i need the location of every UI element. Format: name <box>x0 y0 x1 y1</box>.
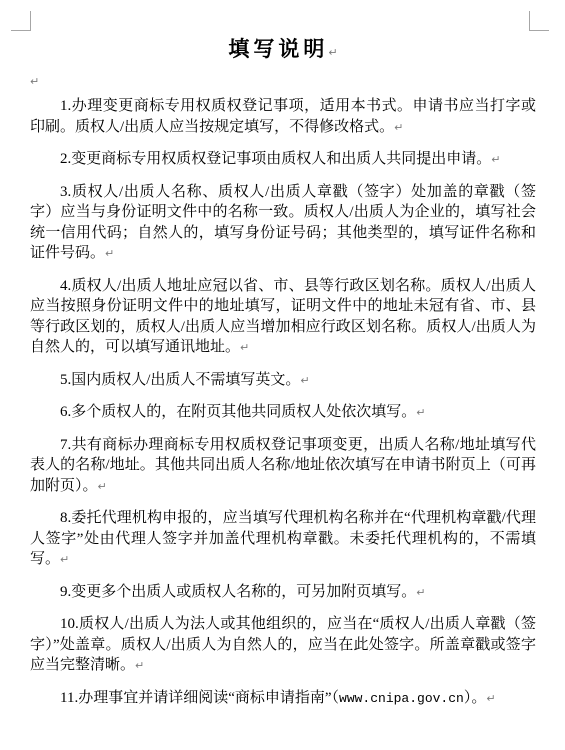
page-title: 填写说明↵ <box>30 36 536 66</box>
instruction-paragraph-10: 10.质权人/出质人为法人或其他组织的，应当在“质权人/出质人章戳（签字）”处盖… <box>30 614 536 677</box>
paragraph-mark-icon: ↵ <box>416 406 425 419</box>
instruction-paragraph-8: 8.委托代理机构申报的，应当填写代理机构名称并在“代理机构章戳/代理人签字”处由… <box>30 508 536 571</box>
empty-paragraph: ↵ <box>30 66 536 96</box>
instruction-paragraph-4: 4.质权人/出质人地址应冠以省、市、县等行政区划名称。质权人/出质人应当按照身份… <box>30 276 536 359</box>
instruction-paragraph-11: 11.办理事宜并请详细阅读“商标申请指南”（www.cnipa.gov.cn）。… <box>30 688 536 710</box>
page-content: 填写说明↵ ↵ 1.办理变更商标专用权质权登记事项，适用本书式。申请书应当打字或… <box>30 36 536 720</box>
instructions-body: 1.办理变更商标专用权质权登记事项，适用本书式。申请书应当打字或印刷。质权人/出… <box>30 96 536 709</box>
paragraph-text: 1.办理变更商标专用权质权登记事项，适用本书式。申请书应当打字或印刷。质权人/出… <box>30 98 536 135</box>
paragraph-text: 6.多个质权人的，在附页其他共同质权人处依次填写。 <box>60 404 416 420</box>
paragraph-mark-icon: ↵ <box>135 659 144 672</box>
paragraph-mark-icon: ↵ <box>240 341 249 354</box>
paragraph-mark-icon: ↵ <box>300 374 309 387</box>
margin-crop-mark-top-right-icon <box>529 11 549 31</box>
paragraph-text: 2.变更商标专用权质权登记事项由质权人和出质人共同提出申请。 <box>60 151 491 167</box>
page-title-text: 填写说明 <box>228 37 328 61</box>
instruction-paragraph-6: 6.多个质权人的，在附页其他共同质权人处依次填写。↵ <box>30 402 536 424</box>
paragraph-text: 5.国内质权人/出质人不需填写英文。 <box>60 372 300 388</box>
paragraph-text: 8.委托代理机构申报的，应当填写代理机构名称并在“代理机构章戳/代理人签字”处由… <box>30 510 536 567</box>
margin-crop-mark-top-left-icon <box>11 11 31 31</box>
paragraph-mark-icon: ↵ <box>491 153 500 166</box>
instruction-paragraph-3: 3.质权人/出质人名称、质权人/出质人章戳（签字）处加盖的章戳（签字）应当与身份… <box>30 182 536 265</box>
paragraph-text: 4.质权人/出质人地址应冠以省、市、县等行政区划名称。质权人/出质人应当按照身份… <box>30 278 536 356</box>
paragraph-mark-icon: ↵ <box>30 75 39 88</box>
cnipa-url-text: www.cnipa.gov.cn <box>339 691 464 706</box>
instruction-paragraph-7: 7.共有商标办理商标专用权质权登记事项变更，出质人名称/地址填写代表人的名称/地… <box>30 435 536 498</box>
instruction-paragraph-5: 5.国内质权人/出质人不需填写英文。↵ <box>30 370 536 392</box>
paragraph-text: 11.办理事宜并请详细阅读“商标申请指南”（ <box>60 690 339 706</box>
instruction-paragraph-9: 9.变更多个出质人或质权人名称的，可另加附页填写。↵ <box>30 582 536 604</box>
paragraph-mark-icon: ↵ <box>416 586 425 599</box>
instruction-paragraph-2: 2.变更商标专用权质权登记事项由质权人和出质人共同提出申请。↵ <box>30 149 536 171</box>
instruction-paragraph-1: 1.办理变更商标专用权质权登记事项，适用本书式。申请书应当打字或印刷。质权人/出… <box>30 96 536 138</box>
paragraph-mark-icon: ↵ <box>486 692 495 705</box>
paragraph-mark-icon: ↵ <box>328 46 337 59</box>
paragraph-mark-icon: ↵ <box>60 553 69 566</box>
paragraph-mark-icon: ↵ <box>105 247 114 260</box>
paragraph-mark-icon: ↵ <box>98 480 107 493</box>
paragraph-text: ）。 <box>464 690 487 706</box>
paragraph-mark-icon: ↵ <box>394 121 403 134</box>
document-page: 填写说明↵ ↵ 1.办理变更商标专用权质权登记事项，适用本书式。申请书应当打字或… <box>0 0 565 750</box>
paragraph-text: 9.变更多个出质人或质权人名称的，可另加附页填写。 <box>60 584 416 600</box>
paragraph-text: 10.质权人/出质人为法人或其他组织的，应当在“质权人/出质人章戳（签字）”处盖… <box>30 616 536 673</box>
